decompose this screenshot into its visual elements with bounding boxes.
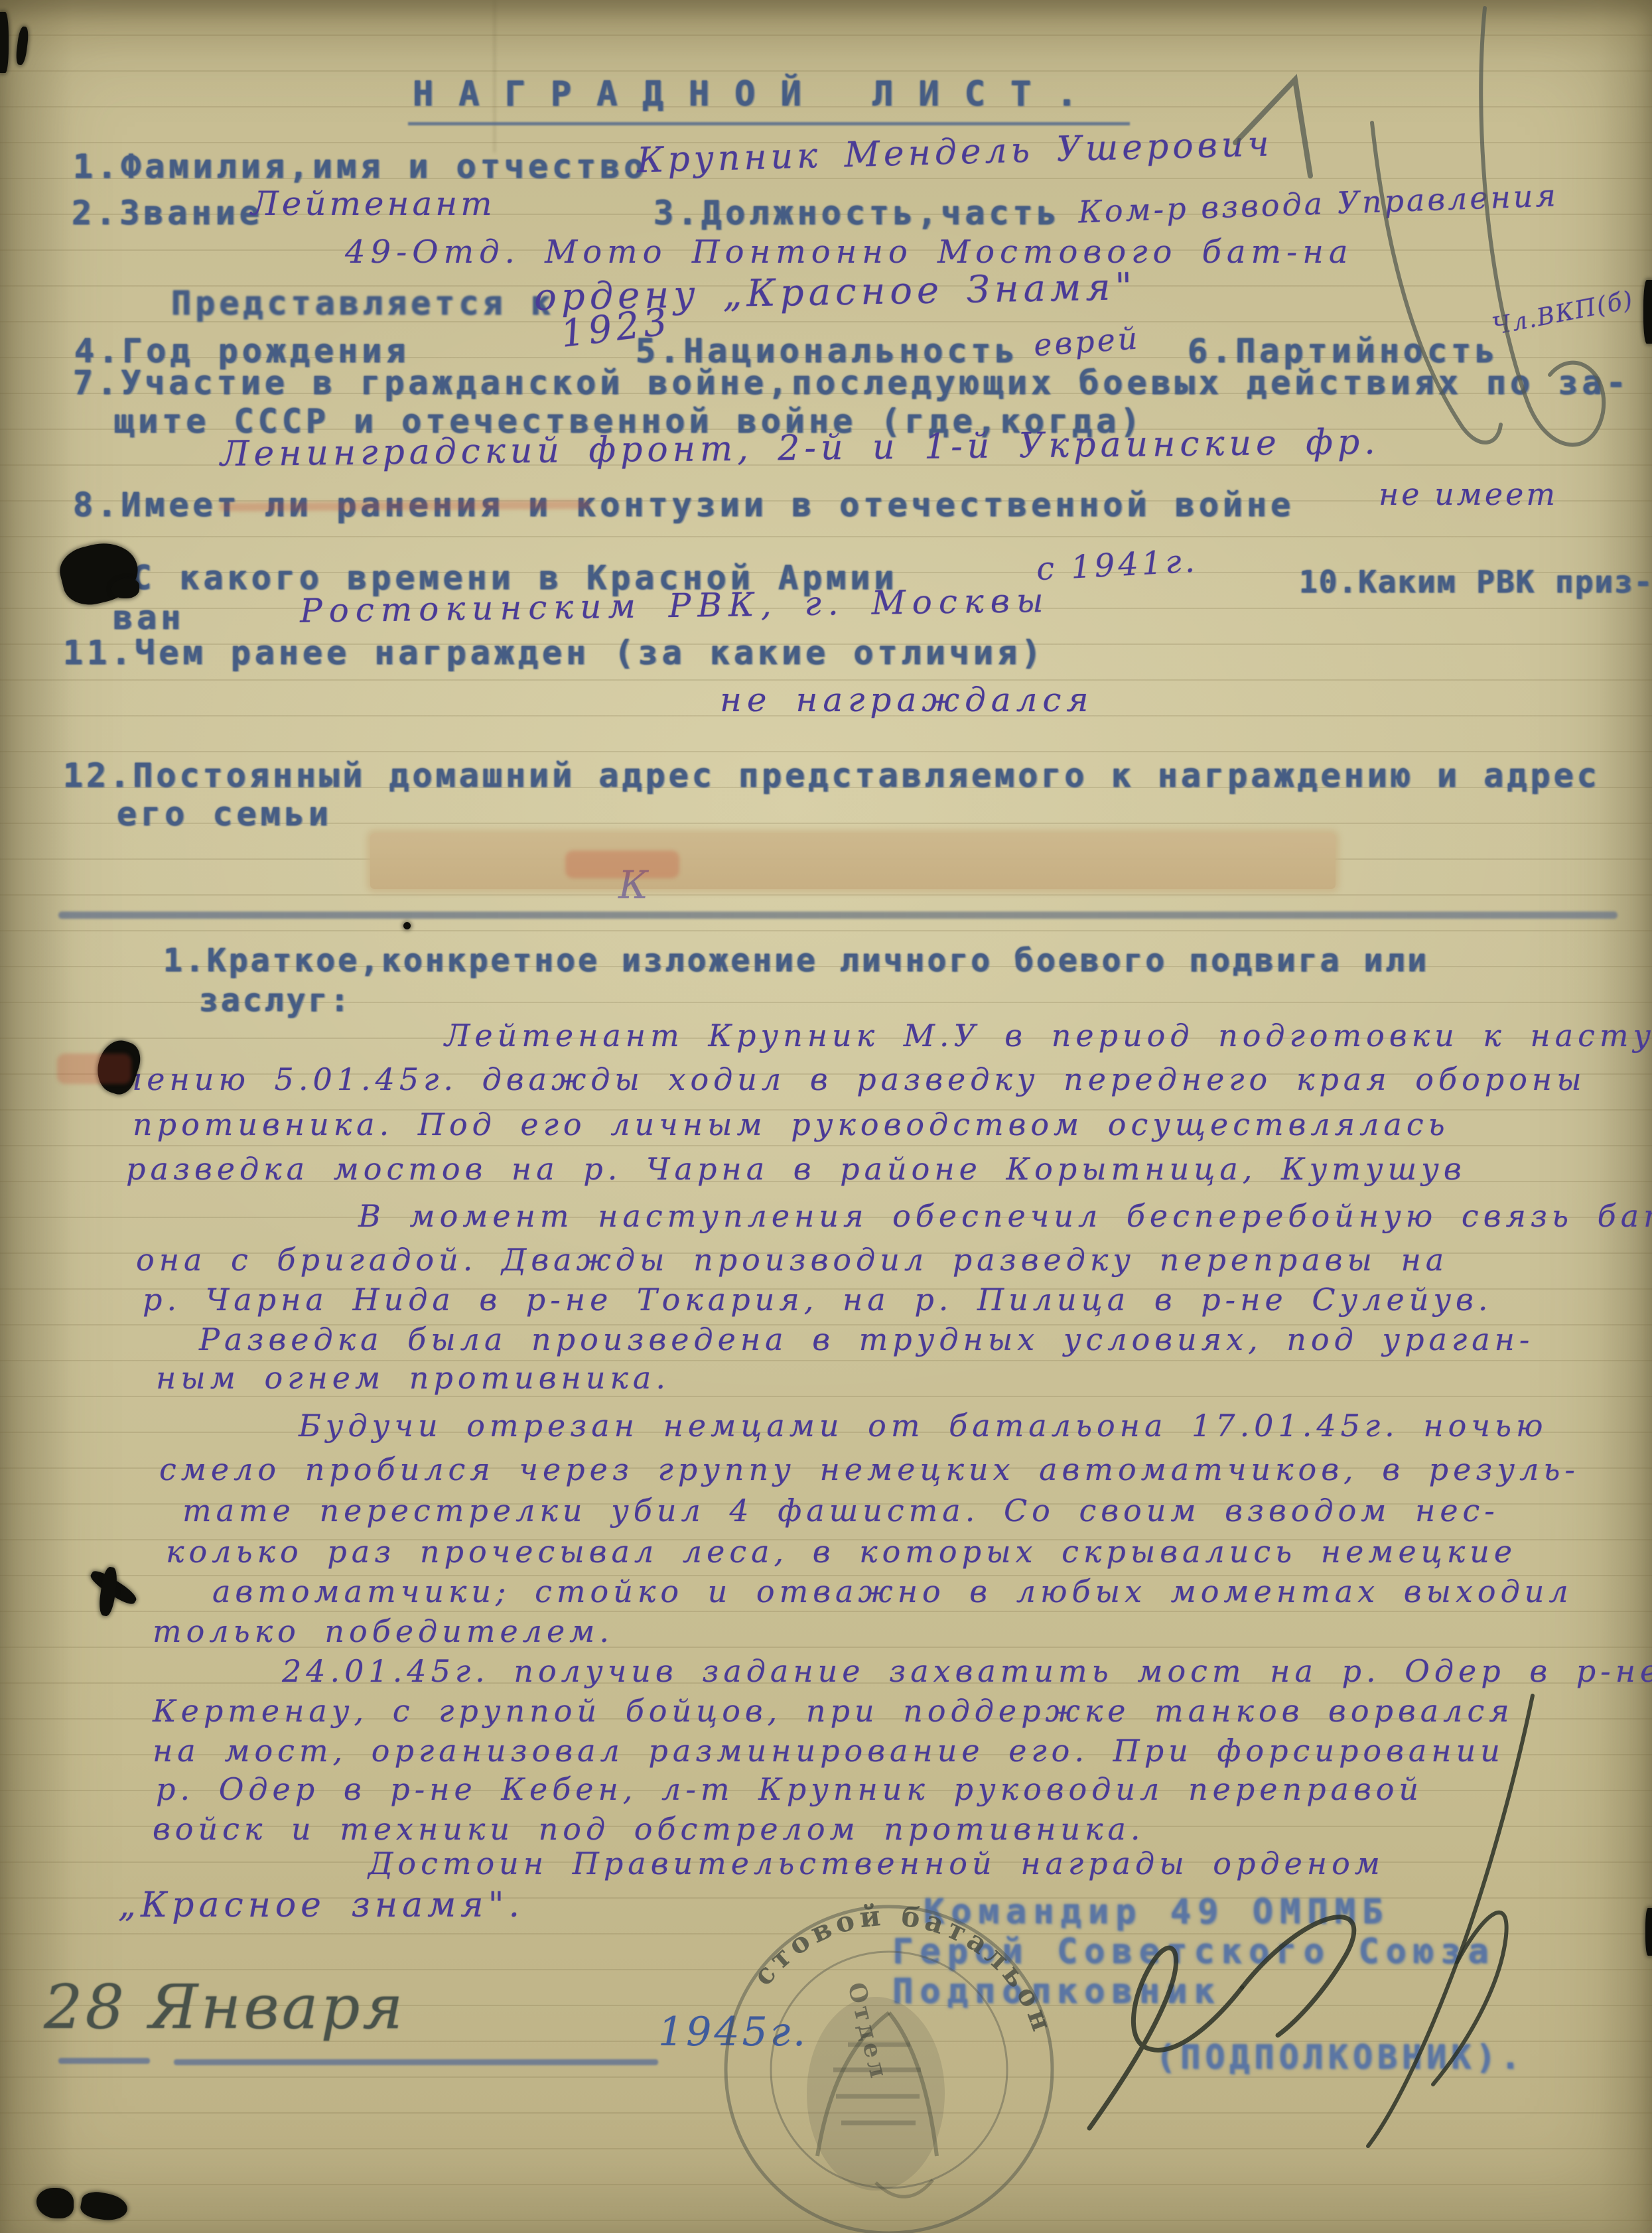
field-3-value-line1: Ком-р взвода Управления: [1077, 177, 1558, 230]
field-11-label: 11.Чем ранее награжден (за какие отличия…: [63, 634, 1045, 672]
narrative-line: Кертенау, с группой бойцов, при поддержк…: [153, 1693, 1514, 1729]
narrative-line: Лейтенант Крупник М.У в период подготовк…: [445, 1018, 1652, 1053]
narrative-line: войск и техники под обстрелом противника…: [153, 1811, 1145, 1847]
field-8-value: не имеет: [1379, 476, 1558, 512]
red-pencil-mark: [57, 1053, 131, 1084]
feat-heading-line1: 1.Краткое,конкретное изложение личного б…: [163, 942, 1429, 979]
narrative-line: р. Одер в р-не Кебен, л-т Крупник руково…: [156, 1771, 1423, 1807]
scan-edge-mark: [1643, 280, 1652, 344]
field-1-label: 1.Фамилия,имя и отчество: [73, 147, 648, 186]
narrative-line: Достоин Правительственной награды ордено…: [368, 1846, 1385, 1881]
narrative-line: колько раз прочесывал леса, в которых ск…: [166, 1534, 1517, 1570]
narrative-line: автоматчики; стойко и отважно в любых мо…: [212, 1574, 1573, 1609]
narrative-line: лению 5.01.45г. дважды ходил в разведку …: [123, 1061, 1586, 1097]
field-5-value: еврей: [1032, 320, 1141, 363]
field-1-value: Крупник Мендель Ушерович: [636, 124, 1273, 180]
narrative-line: ным огнем противника.: [156, 1360, 670, 1396]
seal-emblem: [807, 1997, 945, 2191]
narrative-line: смело пробился через группу немецких авт…: [159, 1452, 1580, 1487]
hero-title-line: Герой Советского Союза: [892, 1932, 1495, 1972]
document-title: НАГРАДНОЙ ЛИСТ.: [413, 74, 1103, 114]
field-12-label-line1: 12.Постоянный домашний адрес представляе…: [63, 756, 1600, 795]
seal-left-text: Отдел: [842, 1980, 893, 2084]
title-underline: [408, 122, 1130, 125]
narrative-line: на мост, организовал разминирование его.…: [153, 1733, 1505, 1769]
narrative-line: 24.01.45г. получив задание захватить мос…: [282, 1653, 1652, 1689]
red-pencil-mark: [565, 850, 679, 878]
field-3-label: 3.Должность,часть: [654, 194, 1061, 232]
narrative-line: тате перестрелки убил 4 фашиста. Со свои…: [182, 1493, 1499, 1528]
ink-speck: [403, 922, 411, 929]
narrative-line: р. Чарна Нида в р-не Токария, на р. Пили…: [143, 1282, 1492, 1318]
feat-heading-line2: заслуг:: [199, 982, 352, 1019]
redacted-address-area: [370, 833, 1336, 889]
scan-edge-mark: [15, 26, 30, 65]
narrative-line: Разведка была произведена в трудных усло…: [199, 1321, 1534, 1357]
typed-rank-parenthesis: (ПОДПОЛКОВНИК).: [1156, 2038, 1525, 2076]
date-year: 1945г.: [658, 2009, 808, 2055]
field-10-label-line1: 10.Каким РВК приз-: [1299, 564, 1652, 600]
field-11-value: не награждался: [720, 681, 1094, 719]
narrative-line: „Красное знамя".: [118, 1885, 524, 1925]
field-2-label: 2.Звание: [72, 194, 263, 232]
scan-edge-mark: [0, 12, 9, 73]
field-6-value: Чл.ВКП(б): [1490, 287, 1636, 340]
rank-line: Подполковник: [892, 1972, 1221, 2011]
paper-hole: [111, 578, 139, 598]
date-day-month: 28 Января: [44, 1972, 405, 2043]
narrative-line: противника. Под его личным руководством …: [133, 1107, 1450, 1142]
scan-edge-mark: [1645, 1908, 1652, 1956]
field-9-value: с 1941г.: [1036, 543, 1199, 588]
narrative-line: она с бригадой. Дважды производил развед…: [136, 1242, 1448, 1278]
section-divider-line: [58, 912, 1618, 919]
field-12-label-line2: его семьи: [117, 795, 332, 833]
date-underline-dash: [174, 2059, 658, 2065]
date-underline-dash: [58, 2058, 150, 2064]
field-3-value-line2: 49-Отд. Мото Понтонно Мостового бат-на: [345, 234, 1353, 271]
narrative-line: разведка мостов на р. Чарна в районе Кор…: [126, 1151, 1466, 1187]
field-7-label-line1: 7.Участие в гражданской войне,последующи…: [73, 364, 1630, 402]
narrative-line: В момент наступления обеспечил бесперебо…: [358, 1198, 1652, 1234]
presented-label: Представляется к: [171, 284, 555, 322]
award-sheet-page: НАГРАДНОЙ ЛИСТ. 1.Фамилия,имя и отчество…: [0, 0, 1652, 2233]
field-10-label-line2: ван: [113, 598, 184, 637]
narrative-line: Будучи отрезан немцами от батальона 17.0…: [299, 1408, 1548, 1444]
narrative-line: только победителем.: [153, 1613, 614, 1649]
paper-hole: [79, 2189, 129, 2224]
paper-hole: [36, 2188, 74, 2218]
field-2-value: Лейтенант: [251, 184, 496, 223]
commander-title-line: Командир 49 ОМПМБ: [924, 1892, 1389, 1932]
